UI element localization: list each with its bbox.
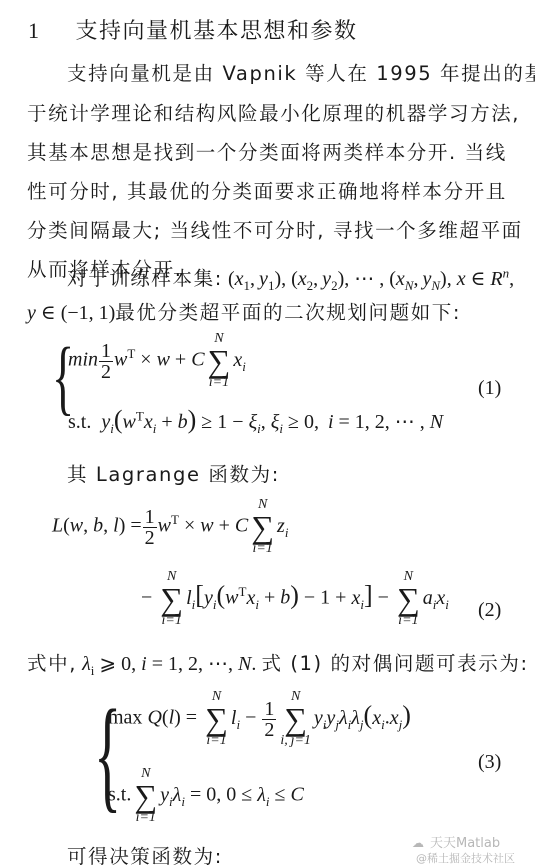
watermark-channel: 天天Matlab xyxy=(430,836,500,851)
equation-row: s.t. yi(wTxi + b) ≥ 1 − ξi, ξi ≥ 0, i = … xyxy=(68,405,443,435)
decision-function-text: 可得决策函数为: xyxy=(67,845,223,867)
equation-row: min12wT × w + CN∑i=1xi xyxy=(68,332,246,390)
text-line: 于统计学理论和结构风险最小化原理的机器学习方法, xyxy=(27,98,520,126)
dual-intro-suffix: 式 (1) 的对偶问题可表示为: xyxy=(261,652,528,675)
text-line: 支持向量机是由 Vapnik 等人在 1995 年提出的基 xyxy=(67,58,535,86)
watermark: ☁天天Matlab @稀土掘金技术社区 xyxy=(412,836,515,866)
label-range-math: y ∈ (−1, 1) xyxy=(27,302,115,324)
dual-intro-math: λi ⩾ 0, i = 1, 2, ⋯, N. xyxy=(82,653,256,675)
text-line: y ∈ (−1, 1)最优分类超平面的二次规划问题如下: xyxy=(27,297,461,325)
equation-number: (3) xyxy=(478,751,501,774)
dual-problem-intro: 式中, λi ⩾ 0, i = 1, 2, ⋯, N. 式 (1) 的对偶问题可… xyxy=(27,648,529,676)
watermark-line-2: @稀土掘金技术社区 xyxy=(416,851,515,866)
text-line: 分类间隔最大; 当线性不可分时, 寻找一个多维超平面 xyxy=(27,215,523,243)
lagrange-intro-text: 其 Lagrange 函数为: xyxy=(67,463,280,486)
equation-row: L(w, b, l) =12wT × w + CN∑i=1zi xyxy=(52,498,288,556)
wechat-icon: ☁ xyxy=(412,836,430,851)
qp-description: 最优分类超平面的二次规划问题如下: xyxy=(115,301,461,324)
text-line: 其基本思想是找到一个分类面将两类样本分开. 当线 xyxy=(27,137,507,165)
watermark-line-1: ☁天天Matlab xyxy=(412,836,515,851)
training-set-label: 对于训练样本集: xyxy=(67,267,223,290)
text-line: 性可分时, 其最优的分类面要求正确地将样本分开且 xyxy=(27,176,507,204)
section-title: 支持向量机基本思想和参数 xyxy=(76,19,358,44)
section-heading: 1 支持向量机基本思想和参数 xyxy=(28,14,358,45)
text-line: 对于训练样本集: (x1, y1), (x2, y2), ⋯ , (xN, yN… xyxy=(67,263,514,291)
equation-row: max Q(l) = N∑i=1li − 12N∑i, j=1yiyjλiλj(… xyxy=(108,690,411,748)
section-number: 1 xyxy=(28,18,41,43)
training-set-math: (x1, y1), (x2, y2), ⋯ , (xN, yN), x ∈ Rn… xyxy=(228,268,514,290)
equation-row: − N∑i=1li[yi(wTxi + b) − 1 + xi] − N∑i=1… xyxy=(141,570,449,628)
equation-row: s.t.N∑i=1yiλi = 0, 0 ≤ λi ≤ C xyxy=(108,767,304,825)
equation-number: (1) xyxy=(478,377,501,400)
equation-number: (2) xyxy=(478,599,501,622)
decision-function-intro: 可得决策函数为: xyxy=(67,841,223,867)
dual-intro-prefix: 式中, xyxy=(27,652,77,675)
lagrange-intro: 其 Lagrange 函数为: xyxy=(67,459,280,487)
